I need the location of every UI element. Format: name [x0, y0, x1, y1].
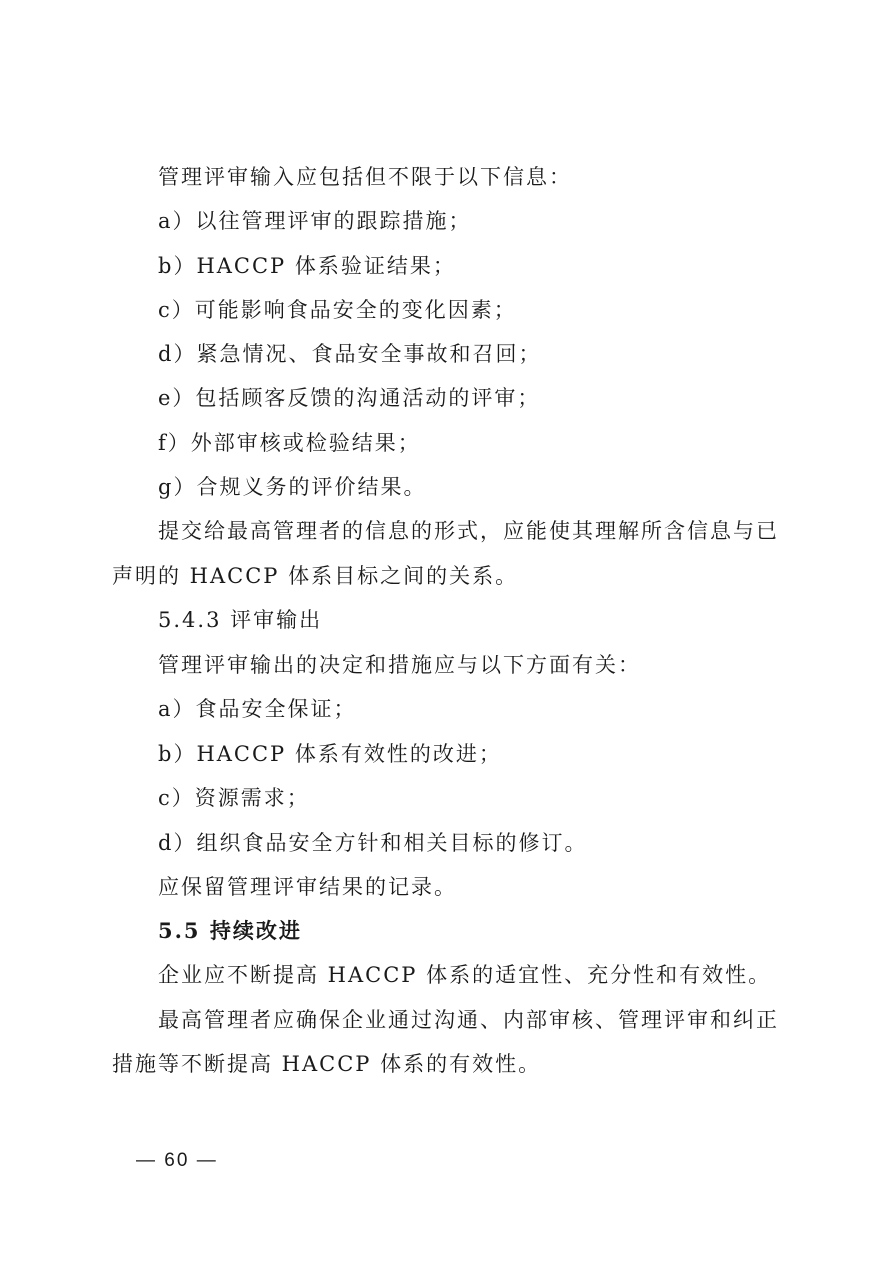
paragraph-line: 声明的 HACCP 体系目标之间的关系。 [112, 561, 518, 591]
document-page: 管理评审输入应包括但不限于以下信息： a）以往管理评审的跟踪措施； b）HACC… [0, 0, 892, 1262]
list-item: c）资源需求； [158, 783, 310, 813]
paragraph-line: 管理评审输出的决定和措施应与以下方面有关： [158, 650, 641, 680]
list-item: f）外部审核或检验结果； [158, 428, 421, 458]
paragraph-line: 管理评审输入应包括但不限于以下信息： [158, 162, 572, 192]
paragraph-line: 最高管理者应确保企业通过沟通、内部审核、管理评审和纠正 [158, 1005, 779, 1035]
list-item: a）食品安全保证； [158, 694, 357, 724]
list-item: d）紧急情况、食品安全事故和召回； [158, 339, 541, 369]
list-item: a）以往管理评审的跟踪措施； [158, 206, 472, 236]
list-item: c）可能影响食品安全的变化因素； [158, 295, 517, 325]
paragraph-line: 措施等不断提高 HACCP 体系的有效性。 [112, 1049, 541, 1079]
section-heading: 5.5 持续改进 [158, 916, 302, 946]
list-item: b）HACCP 体系有效性的改进； [158, 739, 502, 769]
page-number: — 60 — [136, 1150, 218, 1172]
list-item: d）组织食品安全方针和相关目标的修订。 [158, 828, 587, 858]
list-item: g）合规义务的评价结果。 [158, 472, 426, 502]
section-heading: 5.4.3 评审输出 [158, 605, 322, 635]
paragraph-line: 应保留管理评审结果的记录。 [158, 872, 457, 902]
paragraph-line: 企业应不断提高 HACCP 体系的适宜性、充分性和有效性。 [158, 960, 771, 990]
list-item: e）包括顾客反馈的沟通活动的评审； [158, 383, 540, 413]
paragraph-line: 提交给最高管理者的信息的形式，应能使其理解所含信息与已 [158, 516, 779, 546]
list-item: b）HACCP 体系验证结果； [158, 251, 456, 281]
